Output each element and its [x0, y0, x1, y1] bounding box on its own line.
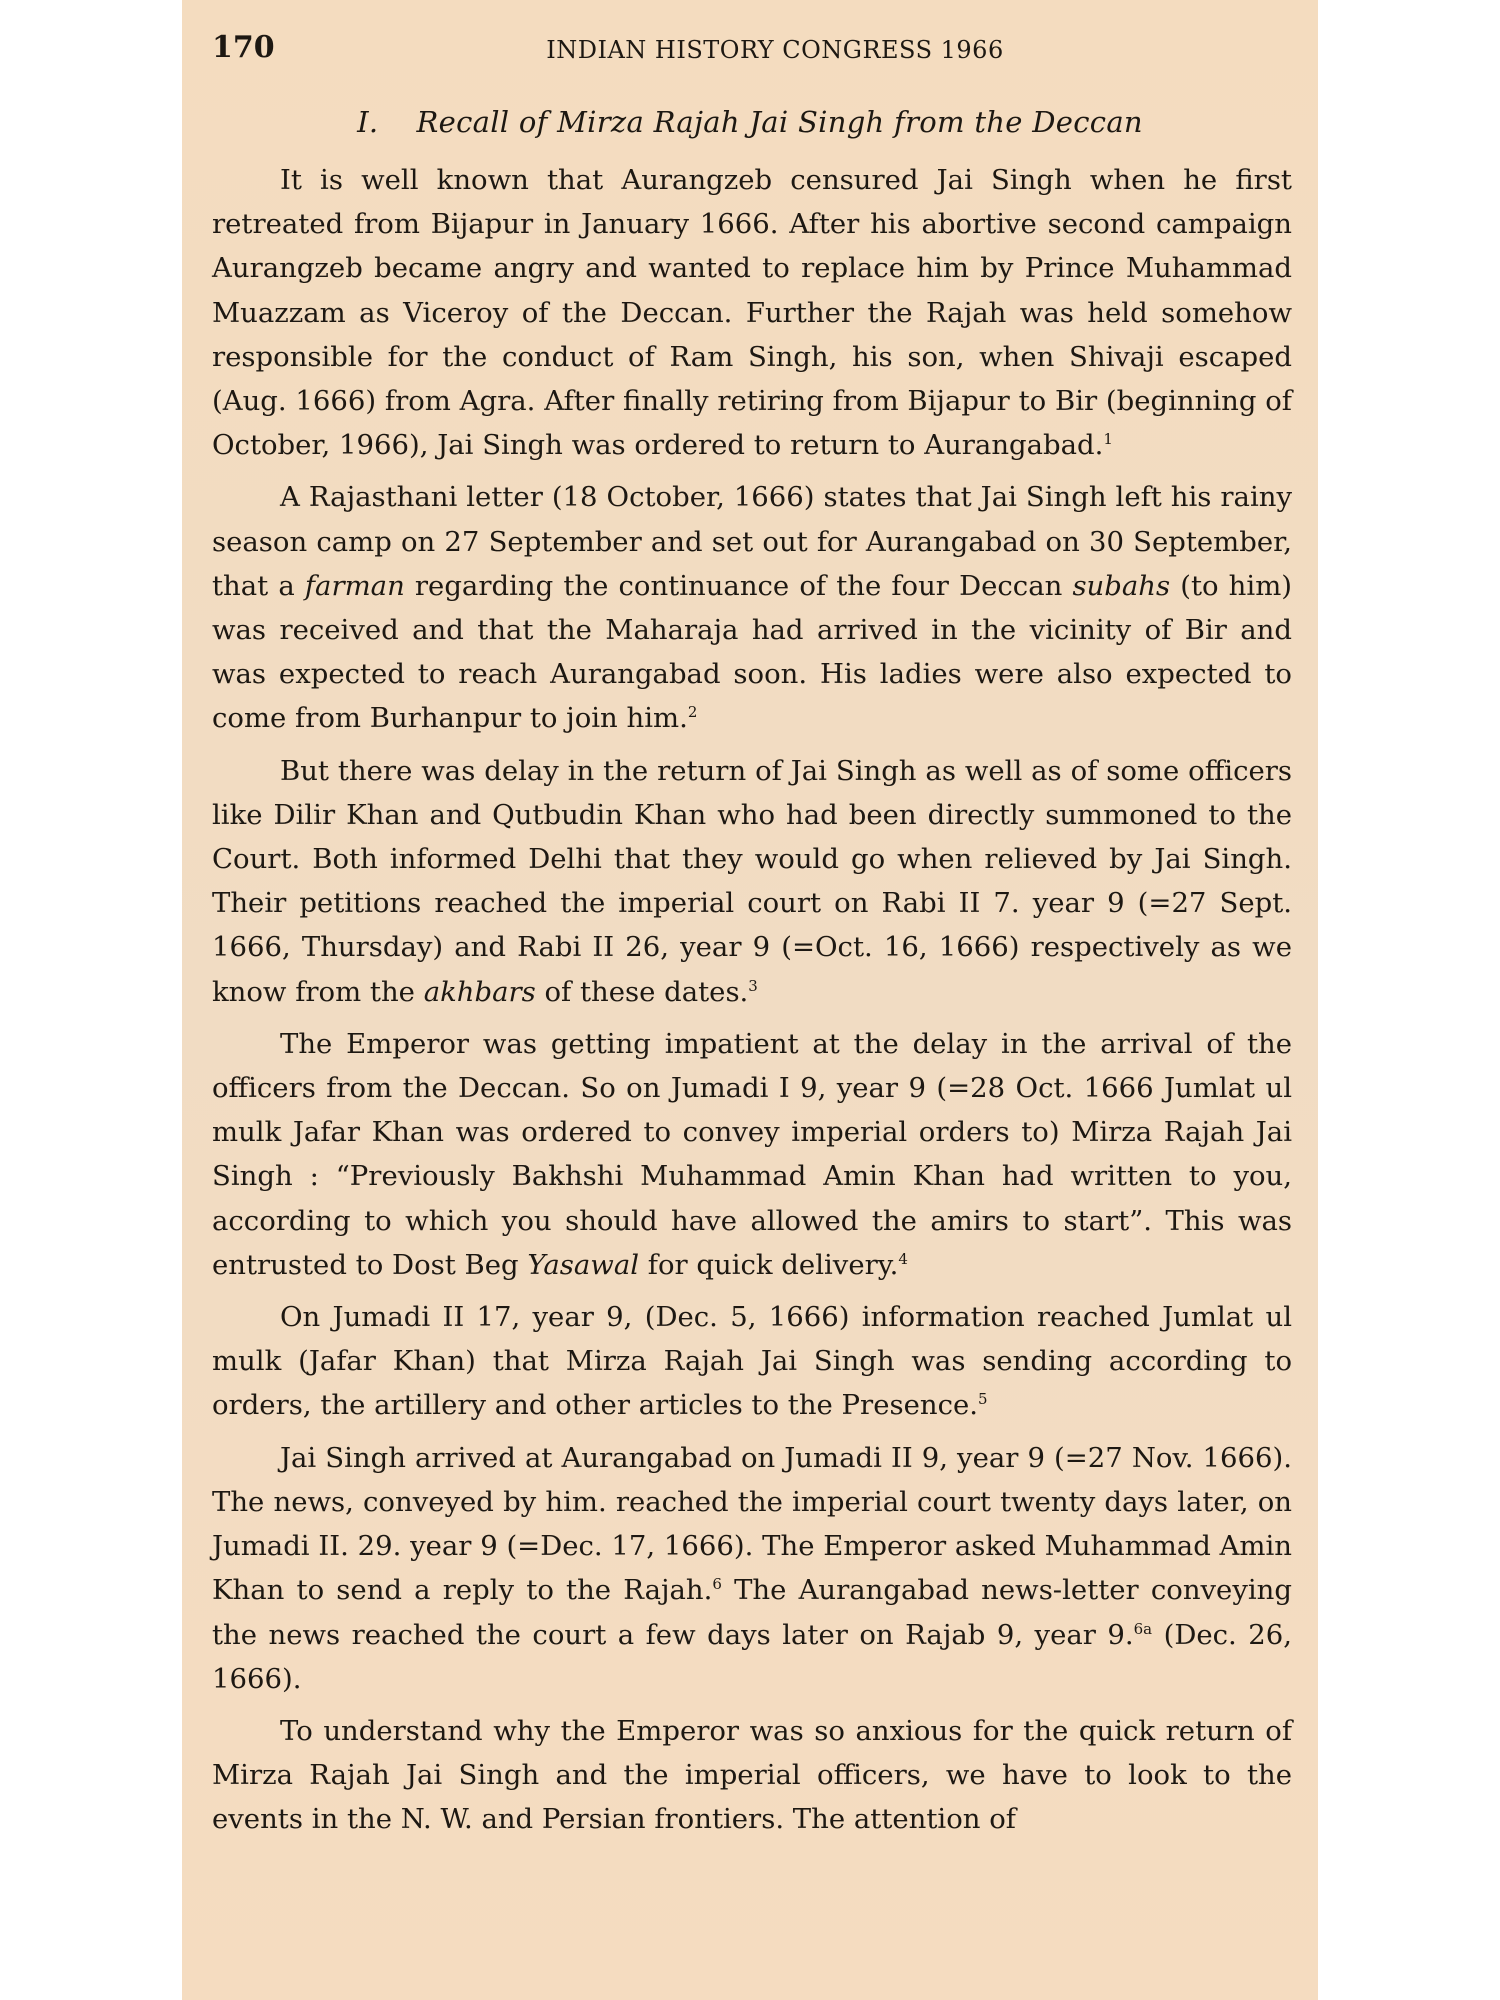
footnote-marker: 6	[712, 1575, 722, 1593]
text-run: regarding the continuance of the four De…	[405, 570, 1073, 602]
running-head: 170 INDIAN HISTORY CONGRESS 1966	[212, 30, 1278, 70]
italic-term: farman	[305, 570, 405, 602]
text-run: But there was delay in the return of Jai…	[212, 755, 1292, 1008]
section-title: I. Recall of Mirza Rajah Jai Singh from …	[182, 105, 1318, 139]
section-title-text: Recall of Mirza Rajah Jai Singh from the…	[416, 105, 1142, 139]
paragraph: The Emperor was getting impatient at the…	[212, 1022, 1292, 1287]
italic-term: akhbars	[424, 976, 536, 1008]
text-run: The Emperor was getting impatient at the…	[212, 1028, 1292, 1281]
italic-term: Yasawal	[527, 1249, 639, 1281]
section-numeral: I.	[357, 105, 378, 139]
paragraph: Jai Singh arrived at Aurangabad on Jumad…	[212, 1436, 1292, 1701]
paragraph: It is well known that Aurangzeb censured…	[212, 158, 1292, 467]
paragraph: On Jumadi II 17, year 9, (Dec. 5, 1666) …	[212, 1295, 1292, 1428]
text-run: On Jumadi II 17, year 9, (Dec. 5, 1666) …	[212, 1301, 1292, 1421]
footnote-marker: 2	[688, 703, 698, 721]
text-run: To understand why the Emperor was so anx…	[212, 1715, 1292, 1835]
footnote-marker: 1	[1103, 430, 1113, 448]
paragraph: A Rajasthani letter (18 October, 1666) s…	[212, 475, 1292, 740]
journal-title: INDIAN HISTORY CONGRESS 1966	[212, 36, 1278, 64]
scanned-book-page: 170 INDIAN HISTORY CONGRESS 1966 I. Reca…	[182, 0, 1318, 2000]
text-run: for quick delivery.	[639, 1249, 898, 1281]
paragraph: To understand why the Emperor was so anx…	[212, 1709, 1292, 1842]
text-run: It is well known that Aurangzeb censured…	[212, 164, 1292, 461]
italic-term: subahs	[1072, 570, 1170, 602]
body-text: It is well known that Aurangzeb censured…	[212, 158, 1292, 1842]
footnote-marker: 6a	[1134, 1619, 1153, 1637]
footnote-marker: 5	[978, 1390, 988, 1408]
text-run: of these dates.	[536, 976, 749, 1008]
footnote-marker: 3	[748, 977, 758, 995]
footnote-marker: 4	[898, 1250, 908, 1268]
paragraph: But there was delay in the return of Jai…	[212, 749, 1292, 1014]
